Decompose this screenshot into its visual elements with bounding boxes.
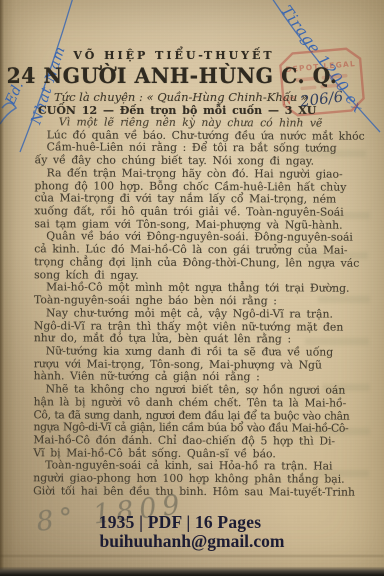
footer-info: 1935 | PDF | 16 Pages xyxy=(0,513,372,532)
body-text-line: Giời tối hai bên đều thu binh. Hôm sau M… xyxy=(33,485,369,499)
digital-footer-overlay: 1935 | PDF | 16 Pages buihuuhanh@gmail.c… xyxy=(0,513,384,551)
scan-crease-line xyxy=(0,555,384,557)
footer-email: buihuuhanh@gmail.com xyxy=(0,532,384,551)
scanned-book-page: Ed. Nhat Nam Tirage 1200 ex DEPOT LEGAL … xyxy=(0,0,384,576)
subtitle: Tức là chuyện : « Quần-Hùng Chinh-Khấu » xyxy=(54,90,308,104)
body-text: Vì một lẽ riêng nên kỳ này chưa có hình … xyxy=(33,116,371,499)
series-title: VÕ HIỆP TIỂU-THUYẾT xyxy=(0,49,348,62)
book-title: 24 NGƯỜI ANH-HÙNG C. Q. xyxy=(5,63,339,88)
page-bottom-edge-shadow xyxy=(0,567,384,576)
page-left-edge-shadow xyxy=(0,0,4,576)
